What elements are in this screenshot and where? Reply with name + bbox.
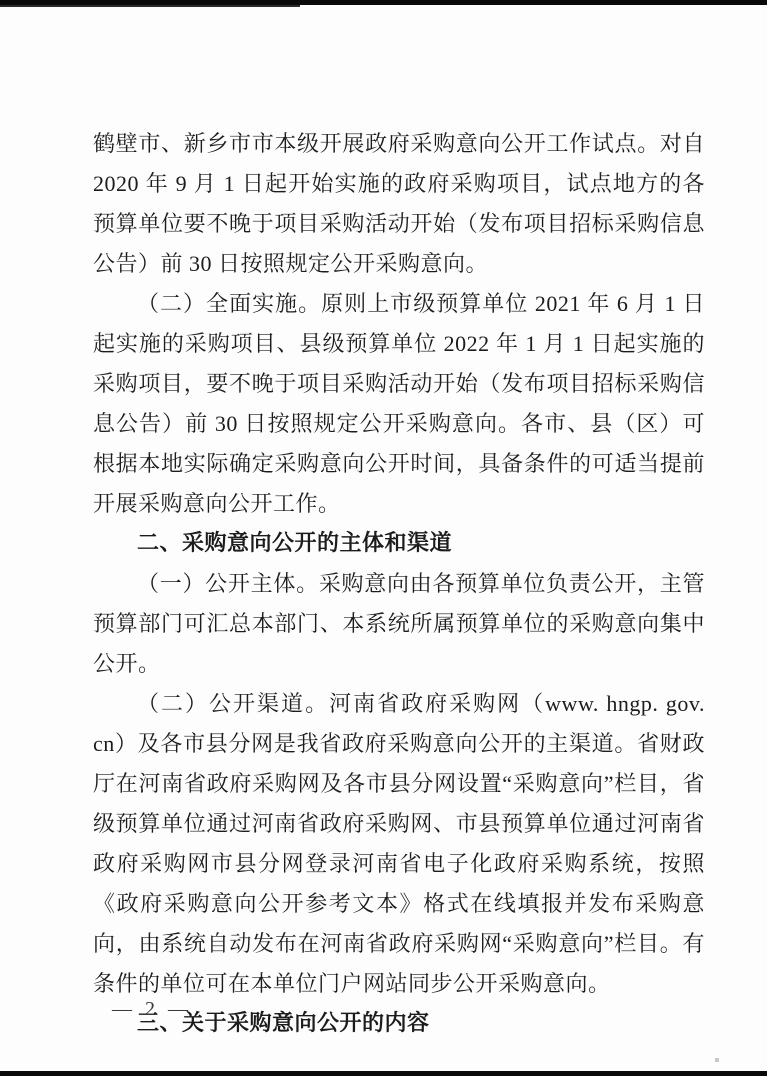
paragraph: 鹤壁市、新乡市市本级开展政府采购意向公开工作试点。对自 2020 年 9 月 1… bbox=[93, 124, 705, 284]
paragraph: （二）公开渠道。河南省政府采购网（www. hngp. gov. cn）及各市县… bbox=[93, 684, 705, 1004]
scan-edge-bottom bbox=[0, 1071, 767, 1076]
scan-speck bbox=[715, 1058, 719, 1062]
page-number: — 2 — bbox=[112, 998, 192, 1021]
scan-edge-top bbox=[0, 0, 767, 5]
document-page: 鹤壁市、新乡市市本级开展政府采购意向公开工作试点。对自 2020 年 9 月 1… bbox=[0, 0, 767, 1076]
paragraph: （一）公开主体。采购意向由各预算单位负责公开，主管预算部门可汇总本部门、本系统所… bbox=[93, 564, 705, 684]
paragraph: （二）全面实施。原则上市级预算单位 2021 年 6 月 1 日起实施的采购项目… bbox=[93, 284, 705, 524]
section-heading: 二、采购意向公开的主体和渠道 bbox=[93, 524, 705, 564]
document-body: 鹤壁市、新乡市市本级开展政府采购意向公开工作试点。对自 2020 年 9 月 1… bbox=[93, 124, 705, 1044]
